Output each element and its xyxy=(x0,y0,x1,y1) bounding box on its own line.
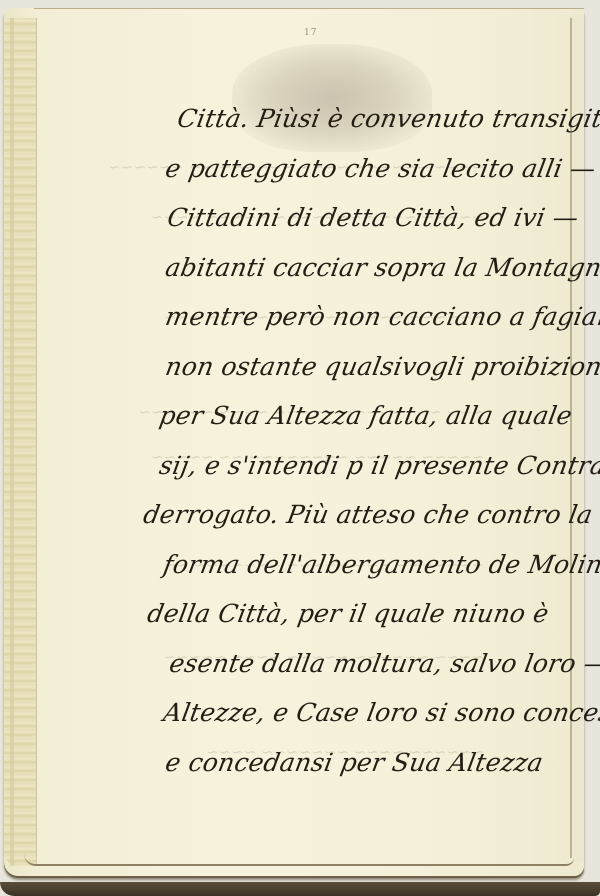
line-text: non ostante qualsivogli proibizione xyxy=(163,352,600,381)
text-line: forma dell'albergamento de Molini xyxy=(128,550,587,600)
left-edge-fold xyxy=(10,18,14,866)
line-text: Città. Piùsi è convenuto transigito xyxy=(175,104,600,133)
text-line: derrogato. Più atteso che contro la xyxy=(128,500,587,550)
text-line: Cittadini di detta Città, ed ivi — xyxy=(128,203,587,253)
line-text: esente dalla moltura, salvo loro — xyxy=(167,649,600,678)
text-line: esente dalla moltura, salvo loro — xyxy=(128,649,587,699)
page-top-edge xyxy=(34,8,584,13)
line-text: abitanti cacciar sopra la Montagna, xyxy=(163,253,600,282)
handwritten-text-block: Città. Piùsi è convenuto transigito e pa… xyxy=(132,104,582,797)
text-line: e patteggiato che sia lecito alli — xyxy=(128,154,587,204)
text-line: della Città, per il quale niuno è xyxy=(128,599,587,649)
text-line: Altezze, e Case loro si sono concesse, xyxy=(128,698,587,748)
line-text: derrogato. Più atteso che contro la xyxy=(141,500,595,529)
stamp-mark: 17 xyxy=(304,28,317,38)
line-text: della Città, per il quale niuno è xyxy=(145,599,551,628)
left-deckled-edge xyxy=(4,18,37,866)
line-text: mentre però non cacciano a fagiani, xyxy=(163,302,600,331)
line-text: Cittadini di detta Città, ed ivi — xyxy=(165,203,581,232)
line-text: e concedansi per Sua Altezza xyxy=(163,748,545,777)
text-line: per Sua Altezza fatta, alla quale xyxy=(128,401,587,451)
text-line: mentre però non cacciano a fagiani, xyxy=(128,302,587,352)
bottom-book-edge xyxy=(0,882,600,896)
text-line: abitanti cacciar sopra la Montagna, xyxy=(128,253,587,303)
text-line: e concedansi per Sua Altezza xyxy=(128,748,587,798)
manuscript-page: 17 ~~~~ ~~~~~~ ~~~~ ~~~~~~ ~~ ~~~~~~ ~~~… xyxy=(4,8,584,876)
line-text: forma dell'albergamento de Molini xyxy=(161,550,600,579)
text-line: Città. Piùsi è convenuto transigito xyxy=(128,104,587,154)
line-text: Altezze, e Case loro si sono concesse, xyxy=(161,698,600,727)
scan-background: 17 ~~~~ ~~~~~~ ~~~~ ~~~~~~ ~~ ~~~~~~ ~~~… xyxy=(0,0,600,896)
bottom-torn-edge xyxy=(24,854,574,866)
line-text: e patteggiato che sia lecito alli — xyxy=(163,154,598,183)
line-text: per Sua Altezza fatta, alla quale xyxy=(157,401,574,430)
line-text: sij, e s'intendi p il presente Contratto xyxy=(157,451,600,480)
text-line: non ostante qualsivogli proibizione xyxy=(128,352,587,402)
text-line: sij, e s'intendi p il presente Contratto xyxy=(128,451,587,501)
